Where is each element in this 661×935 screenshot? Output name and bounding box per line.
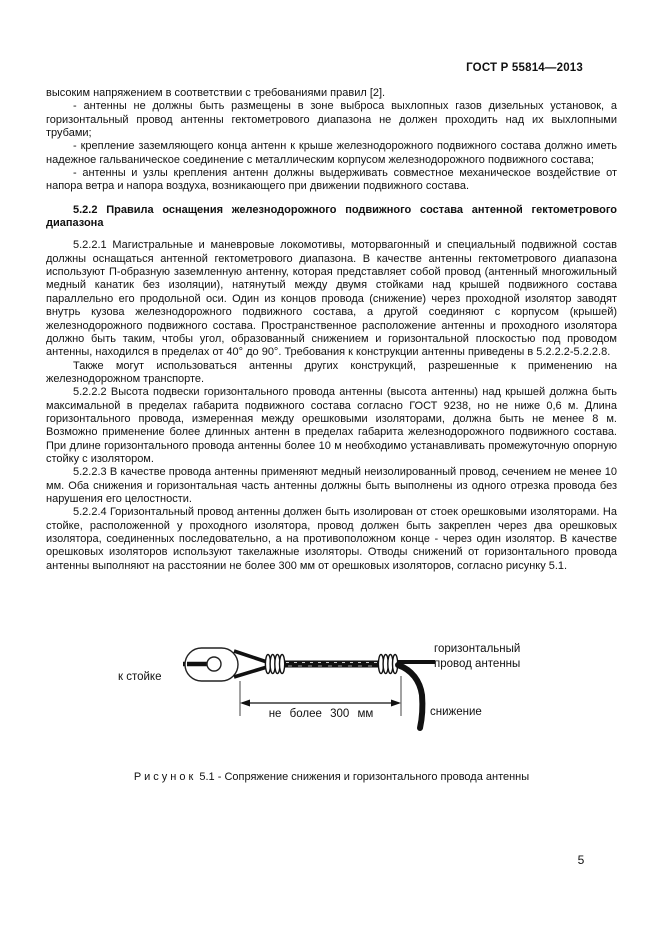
page-number: 5: [571, 853, 591, 867]
binding-coil-right: [378, 655, 397, 674]
paragraph-5-2-2-4: 5.2.2.4 Горизонтальный провод антенны до…: [46, 506, 617, 573]
paragraph-5-2-2-3: 5.2.2.3 В качестве провода антенны приме…: [46, 466, 617, 506]
paragraph-5-2-2-1: 5.2.2.1 Магистральные и маневровые локом…: [46, 239, 617, 359]
nut-insulator-icon: [185, 648, 238, 681]
label-horizontal-wire-line2: провод антенны: [434, 657, 520, 672]
document-code-header: ГОСТ Р 55814—2013: [46, 62, 583, 74]
figure-caption-word: Рисунок: [134, 771, 197, 783]
paragraph-continuation: высоким напряжением в соответствии с тре…: [46, 87, 617, 100]
label-drop: снижение: [430, 705, 482, 720]
binding-coil-left: [265, 655, 284, 674]
body-text: высоким напряжением в соответствии с тре…: [46, 87, 617, 573]
figure-5-1: к стойке горизонтальный провод антенны н…: [46, 632, 617, 747]
paragraph-dash-grounding: - крепление заземляющего конца антенн к …: [46, 140, 617, 167]
wire-loop: [234, 651, 267, 677]
document-page: ГОСТ Р 55814—2013 высоким напряжением в …: [0, 0, 661, 935]
label-horizontal-wire: горизонтальный провод антенны: [434, 642, 520, 672]
label-dimension: не более 300 мм: [240, 707, 402, 722]
stranded-wire: [284, 663, 379, 667]
paragraph-dash-antennas-exhaust: - антенны не должны быть размещены в зон…: [46, 100, 617, 140]
figure-drawing: [46, 632, 617, 747]
section-heading-5-2-2: 5.2.2 Правила оснащения железнодорожного…: [46, 204, 617, 231]
label-horizontal-wire-line1: горизонтальный: [434, 642, 520, 657]
figure-caption: Рисунок 5.1 - Сопряжение снижения и гори…: [46, 771, 617, 783]
paragraph-5-2-2-2: 5.2.2.2 Высота подвески горизонтального …: [46, 386, 617, 466]
figure-caption-number: 5.1: [199, 771, 214, 783]
paragraph-other-antennas: Также могут использоваться антенны други…: [46, 360, 617, 387]
paragraph-dash-mechanical: - антенны и узлы крепления антенн должны…: [46, 167, 617, 194]
figure-caption-text: - Сопряжение снижения и горизонтального …: [218, 771, 529, 783]
label-to-post: к стойке: [118, 670, 162, 685]
